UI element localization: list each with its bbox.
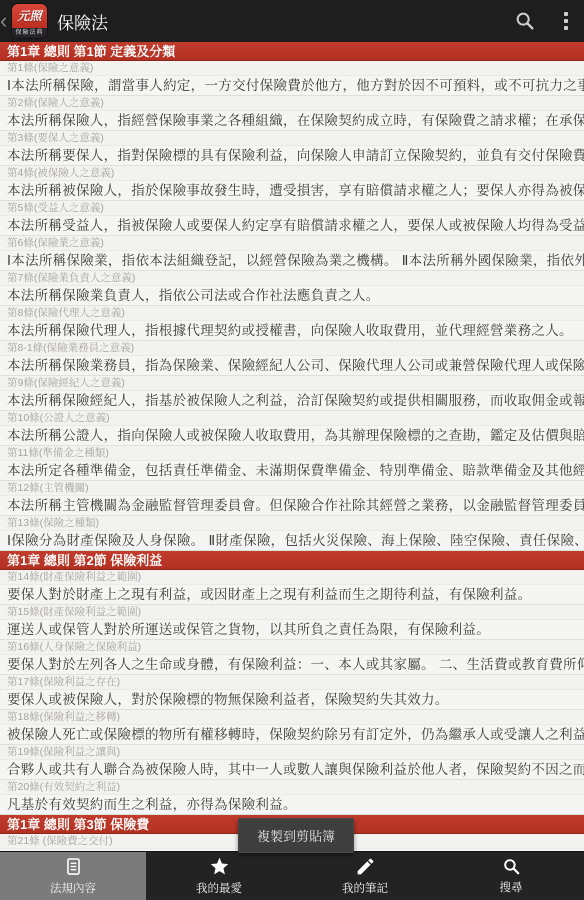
app-logo-text: 元照 (12, 4, 47, 28)
tab-label: 搜尋 (500, 879, 523, 895)
article-number-label[interactable]: 第13條(保險之種類) (0, 516, 584, 531)
tab-我的最愛[interactable]: 我的最愛 (146, 852, 292, 900)
tab-我的筆記[interactable]: 我的筆記 (292, 852, 438, 900)
article-number-label[interactable]: 第5條(受益人之意義) (0, 201, 584, 216)
search-icon[interactable] (502, 0, 548, 42)
article-number-label[interactable]: 第7條(保險業負責人之意義) (0, 271, 584, 286)
tab-label: 我的筆記 (342, 880, 388, 896)
article-number-label[interactable]: 第6條(保險業之意義) (0, 236, 584, 251)
article-text-row[interactable]: 合夥人或共有人聯合為被保險人時，其中一人或數人讓與保險利益於他人者，保險契約不因… (0, 760, 584, 780)
article-text-row[interactable]: 要保人對於財產上之現有利益，或因財產上之現有利益而生之期待利益，有保險利益。 (0, 585, 584, 605)
article-number-label[interactable]: 第17條(保險利益之存在) (0, 675, 584, 690)
article-number-label[interactable]: 第8-1條(保險業務員之意義) (0, 341, 584, 356)
app-screen: ‹ 元照 保險法典 保險法 第1章 總則 第1節 定義及分類第1條(保險之意義)… (0, 0, 584, 900)
article-number-label[interactable]: 第16條(人身保險之保險利益) (0, 640, 584, 655)
article-number-label[interactable]: 第1條(保險之意義) (0, 61, 584, 76)
back-chevron-icon[interactable]: ‹ (0, 0, 8, 42)
article-text-row[interactable]: 要保人對於左列各人之生命或身體，有保險利益：一、本人或其家屬。 二、生活費或教育… (0, 655, 584, 675)
article-text-row[interactable]: 本法所稱公證人，指向保險人或被保險人收取費用，為其辦理保險標的之查勘，鑑定及估價… (0, 426, 584, 446)
article-text-row[interactable]: Ⅰ保險分為財產保險及人身保險。 Ⅱ財產保險，包括火災保險、海上保險、陸空保險、責… (0, 531, 584, 551)
tab-label: 法規內容 (50, 880, 96, 896)
section-header: 第1章 總則 第2節 保險利益 (0, 551, 584, 570)
article-number-label[interactable]: 第15條(財產保險利益之範圍) (0, 605, 584, 620)
tab-搜尋[interactable]: 搜尋 (438, 852, 584, 900)
article-text-row[interactable]: 被保險人死亡或保險標的物所有權移轉時，保險契約除另有訂定外，仍為繼承人或受讓人之… (0, 725, 584, 745)
article-text-row[interactable]: 本法所定各種準備金，包括責任準備金、未滿期保費準備金、特別準備金、賠款準備金及其… (0, 461, 584, 481)
law-list: 第1章 總則 第1節 定義及分類第1條(保險之意義)Ⅰ本法所稱保險，謂當事人約定… (0, 42, 584, 851)
article-text-row[interactable]: Ⅰ本法所稱保險，謂當事人約定，一方交付保險費於他方，他方對於因不可預料，或不可抗… (0, 76, 584, 96)
article-number-label[interactable]: 第8條(保險代理人之意義) (0, 306, 584, 321)
bottom-nav: 法規內容我的最愛我的筆記搜尋 (0, 851, 584, 900)
article-number-label[interactable]: 第3條(要保人之意義) (0, 131, 584, 146)
article-text-row[interactable]: Ⅰ本法所稱保險業，指依本法組織登記，以經營保險為業之機構。 Ⅱ本法所稱外國保險業… (0, 251, 584, 271)
app-logo-subtext: 保險法典 (12, 28, 47, 38)
search-icon (502, 857, 521, 876)
document-icon (64, 856, 83, 877)
article-text-row[interactable]: 本法所稱被保險人，指於保險事故發生時，遭受損害，享有賠償請求權之人；要保人亦得為… (0, 181, 584, 201)
article-text-row[interactable]: 本法所稱要保人，指對保險標的具有保險利益，向保險人申請訂立保險契約，並負有交付保… (0, 146, 584, 166)
article-number-label[interactable]: 第18條(保險利益之移轉) (0, 710, 584, 725)
article-number-label[interactable]: 第10條(公證人之意義) (0, 411, 584, 426)
pencil-icon (355, 856, 376, 877)
article-number-label[interactable]: 第9條(保險經紀人之意義) (0, 376, 584, 391)
article-text-row[interactable]: 要保人或被保險人，對於保險標的物無保險利益者，保險契約失其效力。 (0, 690, 584, 710)
article-text-row[interactable]: 凡基於有效契約而生之利益，亦得為保險利益。 (0, 795, 584, 815)
article-text-row[interactable]: 本法所稱受益人，指被保險人或要保人約定享有賠償請求權之人，要保人或被保險人均得為… (0, 216, 584, 236)
article-number-label[interactable]: 第19條(保險利益之讓與) (0, 745, 584, 760)
article-text-row[interactable]: 本法所稱保險經紀人，指基於被保險人之利益，洽訂保險契約或提供相關服務，而收取佣金… (0, 391, 584, 411)
section-header: 第1章 總則 第1節 定義及分類 (0, 42, 584, 61)
tab-label: 我的最愛 (196, 880, 242, 896)
article-text-row[interactable]: 本法所稱保險業負責人，指依公司法或合作社法應負責之人。 (0, 286, 584, 306)
article-text-row[interactable]: 本法所稱保險業務員，指為保險業、保險經紀人公司、保險代理人公司或兼營保險代理人或… (0, 356, 584, 376)
app-bar: ‹ 元照 保險法典 保險法 (0, 0, 584, 42)
article-text-row[interactable]: 本法所稱保險代理人，指根據代理契約或授權書，向保險人收取費用，並代理經營業務之人… (0, 321, 584, 341)
article-number-label[interactable]: 第20條(有效契約之利益) (0, 780, 584, 795)
overflow-menu-icon[interactable] (548, 0, 584, 42)
article-number-label[interactable]: 第2條(保險人之意義) (0, 96, 584, 111)
page-title: 保險法 (57, 9, 108, 34)
article-number-label[interactable]: 第11條(準備金之種類) (0, 446, 584, 461)
article-text-row[interactable]: 本法所稱保險人，指經營保險事業之各種組織，在保險契約成立時，有保險費之請求權；在… (0, 111, 584, 131)
star-icon (208, 856, 231, 877)
app-logo: 元照 保險法典 (12, 4, 47, 38)
article-text-row[interactable]: 運送人或保管人對於所運送或保管之貨物，以其所負之責任為限，有保險利益。 (0, 620, 584, 640)
article-number-label[interactable]: 第14條(財產保險利益之範圍) (0, 570, 584, 585)
tab-法規內容[interactable]: 法規內容 (0, 852, 146, 900)
article-number-label[interactable]: 第4條(被保險人之意義) (0, 166, 584, 181)
article-text-row[interactable]: 本法所稱主管機關為金融監督管理委員會。但保險合作社除其經營之業務，以金融監督管理… (0, 496, 584, 516)
article-number-label[interactable]: 第12條(主管機關) (0, 481, 584, 496)
clipboard-toast: 複製到剪貼簿 (238, 818, 354, 853)
